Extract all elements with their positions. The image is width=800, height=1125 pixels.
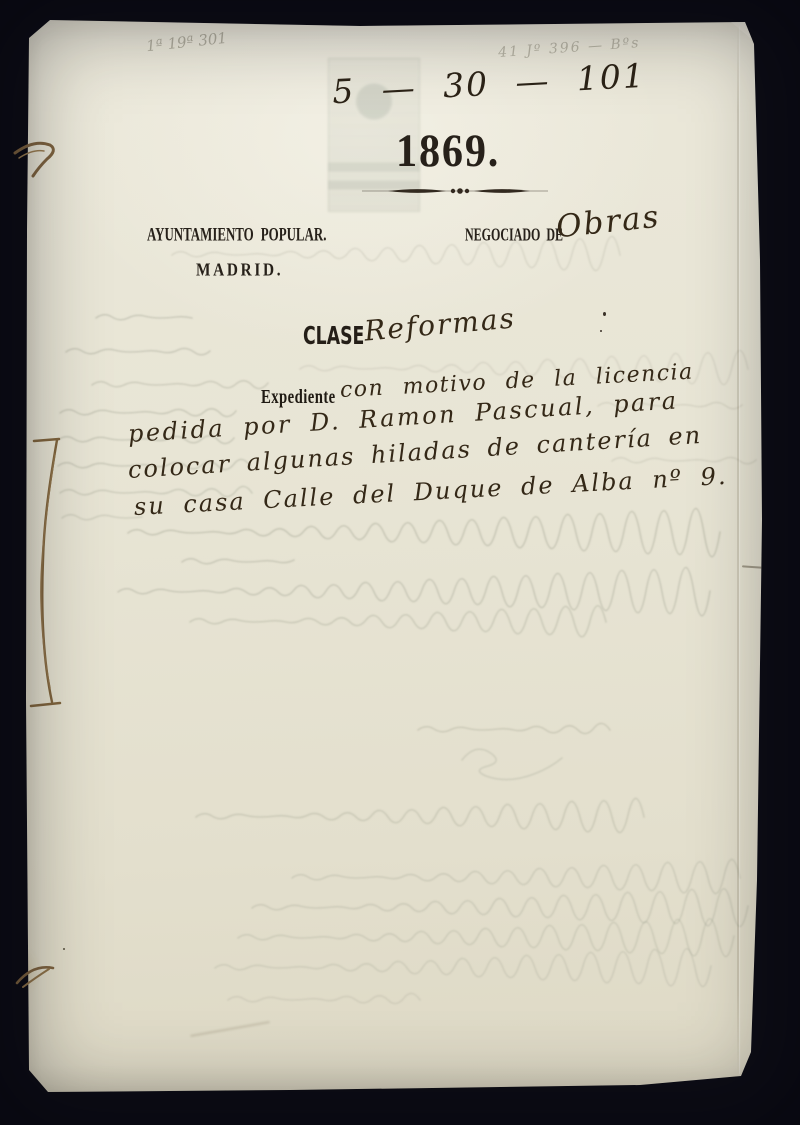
binding-threads bbox=[0, 0, 800, 1125]
binding-thread-middle bbox=[34, 439, 59, 441]
binding-thread-top bbox=[15, 143, 53, 176]
scan-background: 1ª 19ª 301 41 Jº 396 — Bºs 5 — 30 — 101 … bbox=[0, 0, 800, 1125]
